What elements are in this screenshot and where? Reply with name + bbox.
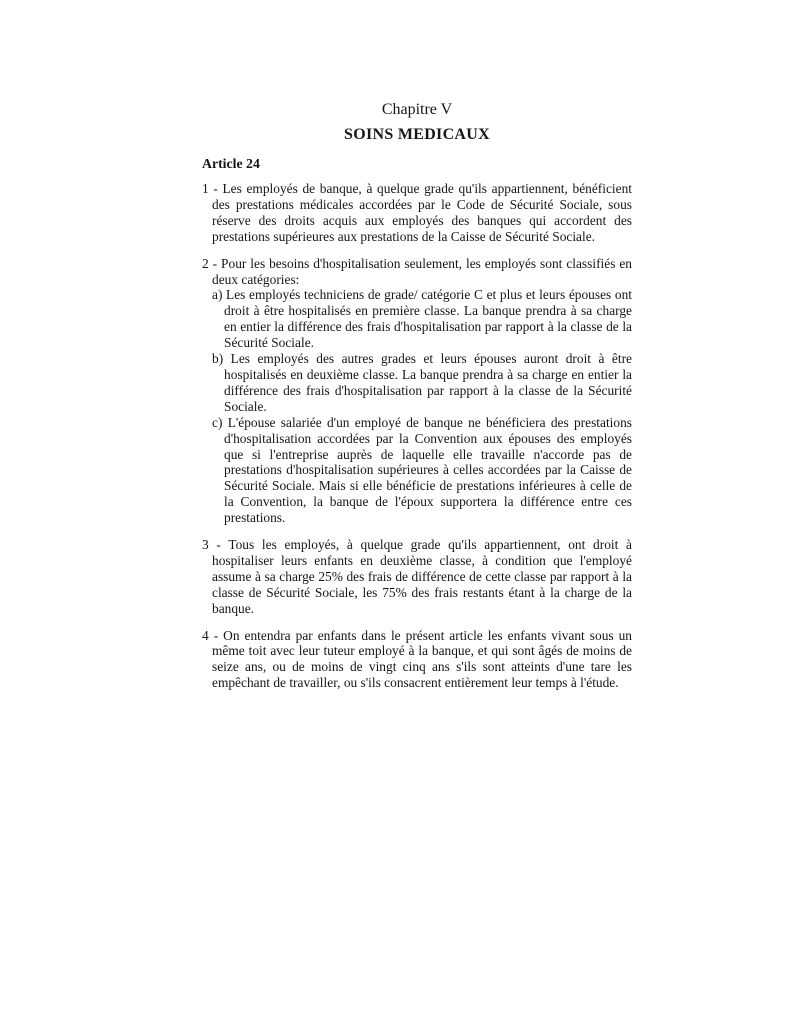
paragraph-2-intro: 2 - Pour les besoins d'hospitalisation s…: [202, 256, 632, 288]
paragraph-2-item-b: b) Les employés des autres grades et leu…: [212, 351, 632, 415]
paragraph-3: 3 - Tous les employés, à quelque grade q…: [202, 537, 632, 617]
document-page: Chapitre V SOINS MEDICAUX Article 24 1 -…: [0, 0, 791, 1024]
paragraph-2-item-c: c) L'épouse salariée d'un employé de ban…: [212, 415, 632, 526]
paragraph-1: 1 - Les employés de banque, à quelque gr…: [202, 181, 632, 245]
article-heading: Article 24: [202, 156, 632, 172]
paragraph-4: 4 - On entendra par enfants dans le prés…: [202, 628, 632, 692]
chapter-heading: Chapitre V: [202, 101, 632, 119]
section-title: SOINS MEDICAUX: [202, 125, 632, 144]
paragraph-2-item-a: a) Les employés techniciens de grade/ ca…: [212, 287, 632, 351]
document-text-block: Chapitre V SOINS MEDICAUX Article 24 1 -…: [202, 101, 632, 691]
